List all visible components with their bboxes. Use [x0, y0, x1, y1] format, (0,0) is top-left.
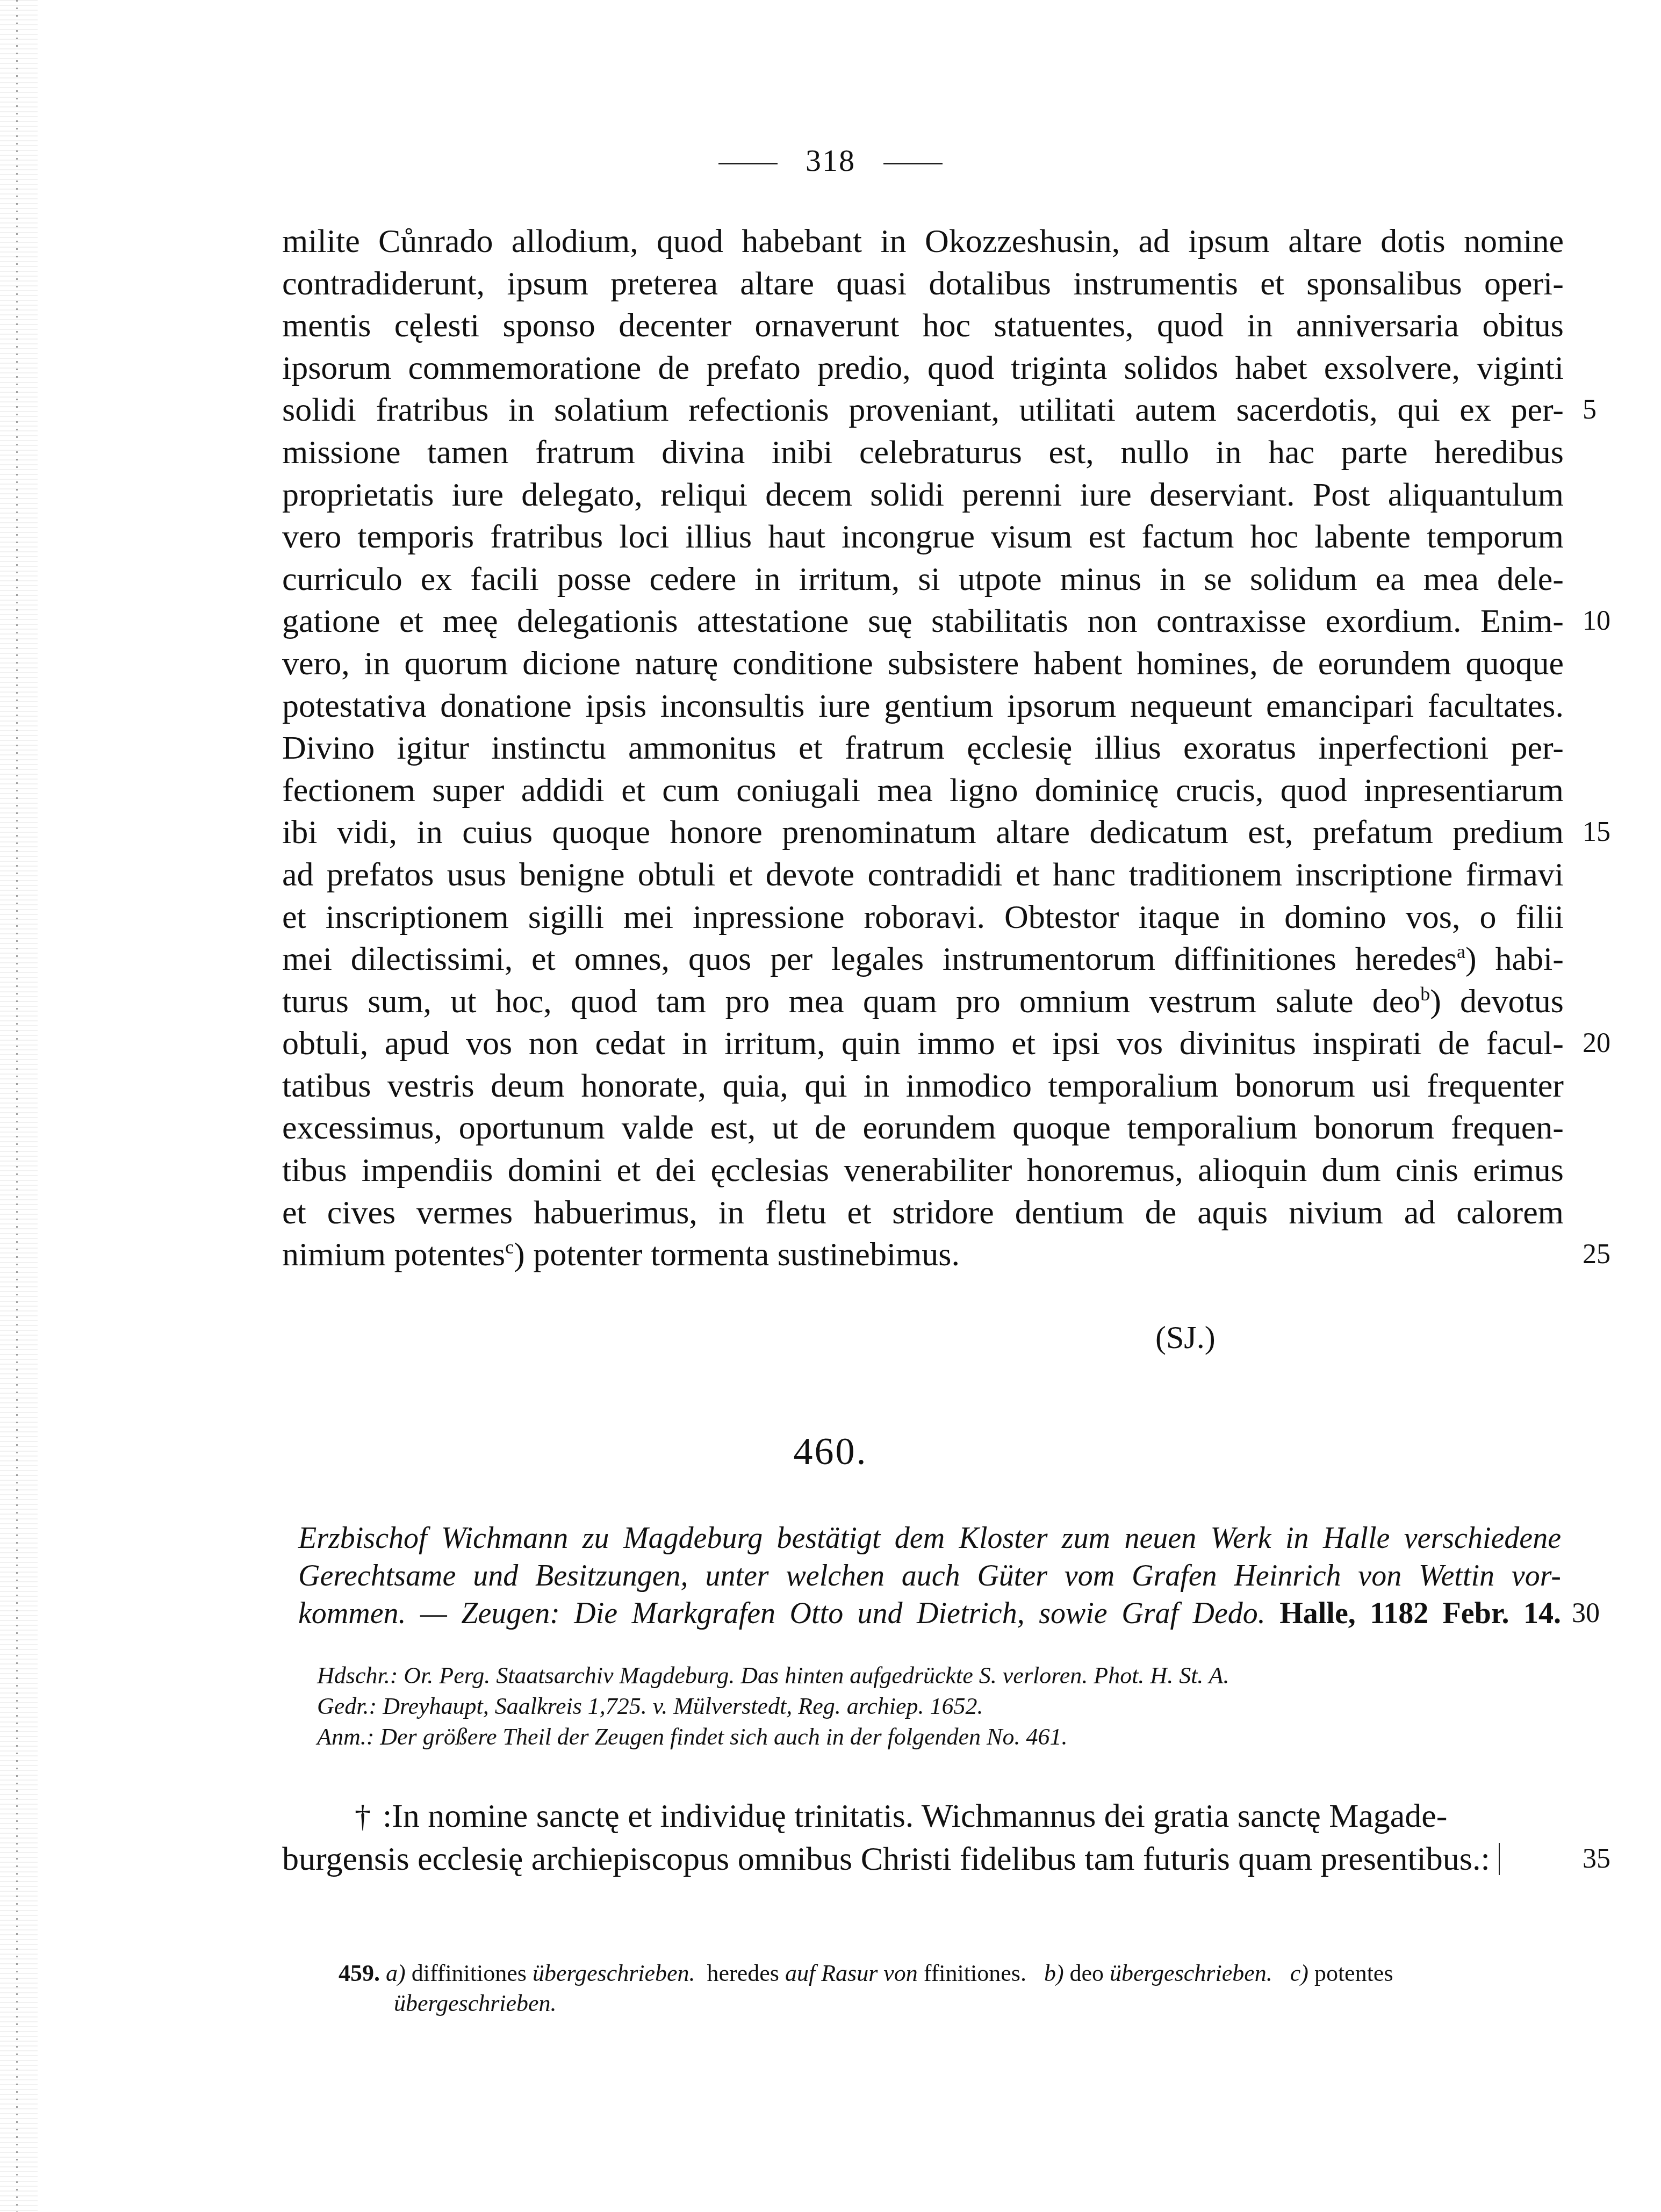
footnote-reference: 459. — [339, 1960, 380, 1986]
footnote-text: deo — [1070, 1960, 1104, 1986]
text-line: et cives vermes habuerimus, in fletu et … — [282, 1192, 1564, 1234]
line-text: excessimus, oportunum valde est, ut de e… — [282, 1109, 1564, 1146]
line-text: missione tamen fratrum divina inibi cele… — [282, 434, 1564, 471]
line-text: fectionem super addidi et cum coniugali … — [282, 772, 1564, 809]
text-line: fectionem super addidi et cum coniugali … — [282, 769, 1564, 812]
text-line: contradiderunt, ipsum preterea altare qu… — [282, 263, 1564, 305]
footnote-note: übergeschrieben. — [394, 1990, 557, 2016]
text-line: et inscriptionem sigilli mei inpressione… — [282, 896, 1564, 939]
line-text: ibi vidi, in cuius quoque honore prenomi… — [282, 814, 1564, 851]
text-line: milite Cůnrado allodium, quod habebant i… — [282, 220, 1564, 263]
text-line: solidi fratribus in solatium refectionis… — [282, 389, 1564, 431]
text-line: gatione et meę delegationis attestatione… — [282, 600, 1564, 643]
footnote-marker-c: c — [505, 1237, 514, 1258]
line-text: vero, in quorum dicione naturę condition… — [282, 645, 1564, 682]
text-line: excessimus, oportunum valde est, ut de e… — [282, 1107, 1564, 1149]
text-line: ad prefatos usus benigne obtuli et devot… — [282, 854, 1564, 896]
footnote-text: diffinitiones — [412, 1960, 527, 1986]
footnote-label-a: a) — [386, 1960, 406, 1986]
charter-line: †:In nomine sanctę et individuę trinitat… — [282, 1795, 1564, 1838]
line-text: solidi fratribus in solatium refectionis… — [282, 392, 1564, 428]
line-number: 15 — [1583, 811, 1610, 854]
line-text: mei dilectissimi, et omnes, quos per leg… — [282, 941, 1457, 977]
regest-summary: Erzbischof Wichmann zu Magdeburg bestäti… — [298, 1519, 1561, 1632]
source-apparatus: Hdschr.: Or. Perg. Staatsarchiv Magdebur… — [317, 1660, 1392, 1752]
line-number: 35 — [1583, 1838, 1610, 1880]
line-text: vero temporis fratribus loci illius haut… — [282, 518, 1564, 555]
document-number: 460. — [0, 1429, 1661, 1474]
scan-edge-artifact — [0, 0, 38, 2212]
page-number: 318 — [806, 143, 855, 178]
header-rule-right — [883, 163, 943, 164]
document-459-body: milite Cůnrado allodium, quod habebant i… — [282, 220, 1564, 1276]
text-line: Divino igitur instinctu ammonitus et fra… — [282, 727, 1564, 769]
line-break-marker — [1499, 1843, 1500, 1875]
line-number: 20 — [1583, 1022, 1610, 1065]
text-line: ibi vidi, in cuius quoque honore prenomi… — [282, 811, 1564, 854]
line-text: obtuli, apud vos non cedat in irritum, q… — [282, 1025, 1564, 1062]
line-text: et cives vermes habuerimus, in fletu et … — [282, 1194, 1564, 1231]
text-line: tibus impendiis domini et dei ęcclesias … — [282, 1149, 1564, 1192]
line-text: ) devotus — [1430, 983, 1564, 1020]
header-rule-left — [718, 163, 778, 164]
line-text: Divino igitur instinctu ammonitus et fra… — [282, 730, 1564, 766]
line-text: curriculo ex facili posse cedere in irri… — [282, 561, 1564, 597]
footnote-note: übergeschrieben. — [533, 1960, 695, 1986]
printed-editions-note: Gedr.: Dreyhaupt, Saalkreis 1,725. v. Mü… — [317, 1691, 1392, 1721]
remark-note: Anm.: Der größere Theil der Zeugen finde… — [317, 1721, 1392, 1752]
text-line: proprietatis iure delegato, reliqui dece… — [282, 474, 1564, 516]
charter-text: †:In nomine sanctę et individuę trinitat… — [282, 1795, 1564, 1880]
line-number: 5 — [1583, 389, 1597, 431]
text-line: tatibus vestris deum honorate, quia, qui… — [282, 1065, 1564, 1107]
text-line: obtuli, apud vos non cedat in irritum, q… — [282, 1022, 1564, 1065]
line-text: ipsorum commemoratione de prefato predio… — [282, 350, 1564, 386]
text-line: nimium potentesc) potenter tormenta sust… — [282, 1234, 1564, 1276]
text-line: potestativa donatione ipsis inconsultis … — [282, 685, 1564, 727]
line-text: potestativa donatione ipsis inconsultis … — [282, 688, 1564, 724]
manuscript-note: Hdschr.: Or. Perg. Staatsarchiv Magdebur… — [317, 1660, 1392, 1691]
line-text: ad prefatos usus benigne obtuli et devot… — [282, 856, 1564, 893]
seal-notation: (SJ.) — [1155, 1319, 1216, 1356]
footnote-label-b: b) — [1044, 1960, 1064, 1986]
text-line: ipsorum commemoratione de prefato predio… — [282, 347, 1564, 390]
text-line: curriculo ex facili posse cedere in irri… — [282, 558, 1564, 601]
line-text: milite Cůnrado allodium, quod habebant i… — [282, 223, 1564, 260]
line-text: proprietatis iure delegato, reliqui dece… — [282, 477, 1564, 513]
cross-icon: † — [355, 1798, 371, 1834]
line-text: nimium potentes — [282, 1236, 505, 1273]
page-header: 318 — [0, 142, 1661, 178]
footnote-label-c: c) — [1290, 1960, 1308, 1986]
line-number: 30 — [1572, 1595, 1600, 1632]
scan-edge-artifact-line — [16, 0, 18, 2212]
line-text: gatione et meę delegationis attestatione… — [282, 603, 1564, 639]
footnote-block: 459. a) diffinitiones übergeschrieben. h… — [339, 1958, 1548, 1988]
footnote-marker-b: b — [1420, 983, 1430, 1005]
line-text: tatibus vestris deum honorate, quia, qui… — [282, 1068, 1564, 1104]
footnote-text: ffinitiones. — [924, 1960, 1026, 1986]
text-line: vero temporis fratribus loci illius haut… — [282, 516, 1564, 558]
line-text: et inscriptionem sigilli mei inpressione… — [282, 899, 1564, 935]
text-line: mentis cęlesti sponso decenter ornaverun… — [282, 305, 1564, 347]
footnote-note: übergeschrieben. — [1110, 1960, 1272, 1986]
charter-line-text: burgensis ecclesię archiepiscopus omnibu… — [282, 1841, 1490, 1877]
regest-line-text: kommen. — Zeugen: Die Markgrafen Otto un… — [298, 1597, 1265, 1630]
footnotes: 459. a) diffinitiones übergeschrieben. h… — [339, 1958, 1548, 2019]
footnote-note: auf Rasur von — [785, 1960, 918, 1986]
line-text: ) habi- — [1465, 941, 1564, 977]
charter-line: burgensis ecclesię archiepiscopus omnibu… — [282, 1838, 1564, 1880]
regest-line: kommen. — Zeugen: Die Markgrafen Otto un… — [298, 1595, 1561, 1632]
footnote-text: potentes — [1314, 1960, 1393, 1986]
footnote-text: heredes — [707, 1960, 779, 1986]
line-text: contradiderunt, ipsum preterea altare qu… — [282, 265, 1564, 302]
line-number: 25 — [1583, 1234, 1610, 1276]
charter-line-text: :In nomine sanctę et individuę trinitati… — [383, 1798, 1448, 1834]
text-line: mei dilectissimi, et omnes, quos per leg… — [282, 938, 1564, 981]
text-line: turus sum, ut hoc, quod tam pro mea quam… — [282, 981, 1564, 1023]
line-text: tibus impendiis domini et dei ęcclesias … — [282, 1152, 1564, 1188]
place-date: Halle, 1182 Febr. 14. — [1279, 1597, 1561, 1630]
line-text: turus sum, ut hoc, quod tam pro mea quam… — [282, 983, 1420, 1020]
line-text: ) potenter tormenta sustinebimus. — [514, 1236, 960, 1273]
text-line: vero, in quorum dicione naturę condition… — [282, 643, 1564, 685]
footnote-marker-a: a — [1457, 941, 1465, 962]
footnote-continuation: übergeschrieben. — [339, 1988, 1548, 2019]
line-text: mentis cęlesti sponso decenter ornaverun… — [282, 307, 1564, 344]
text-line: missione tamen fratrum divina inibi cele… — [282, 431, 1564, 474]
regest-line: Erzbischof Wichmann zu Magdeburg bestäti… — [298, 1519, 1561, 1557]
regest-line: Gerechtsame und Besitzungen, unter welch… — [298, 1557, 1561, 1595]
line-number: 10 — [1583, 600, 1610, 643]
